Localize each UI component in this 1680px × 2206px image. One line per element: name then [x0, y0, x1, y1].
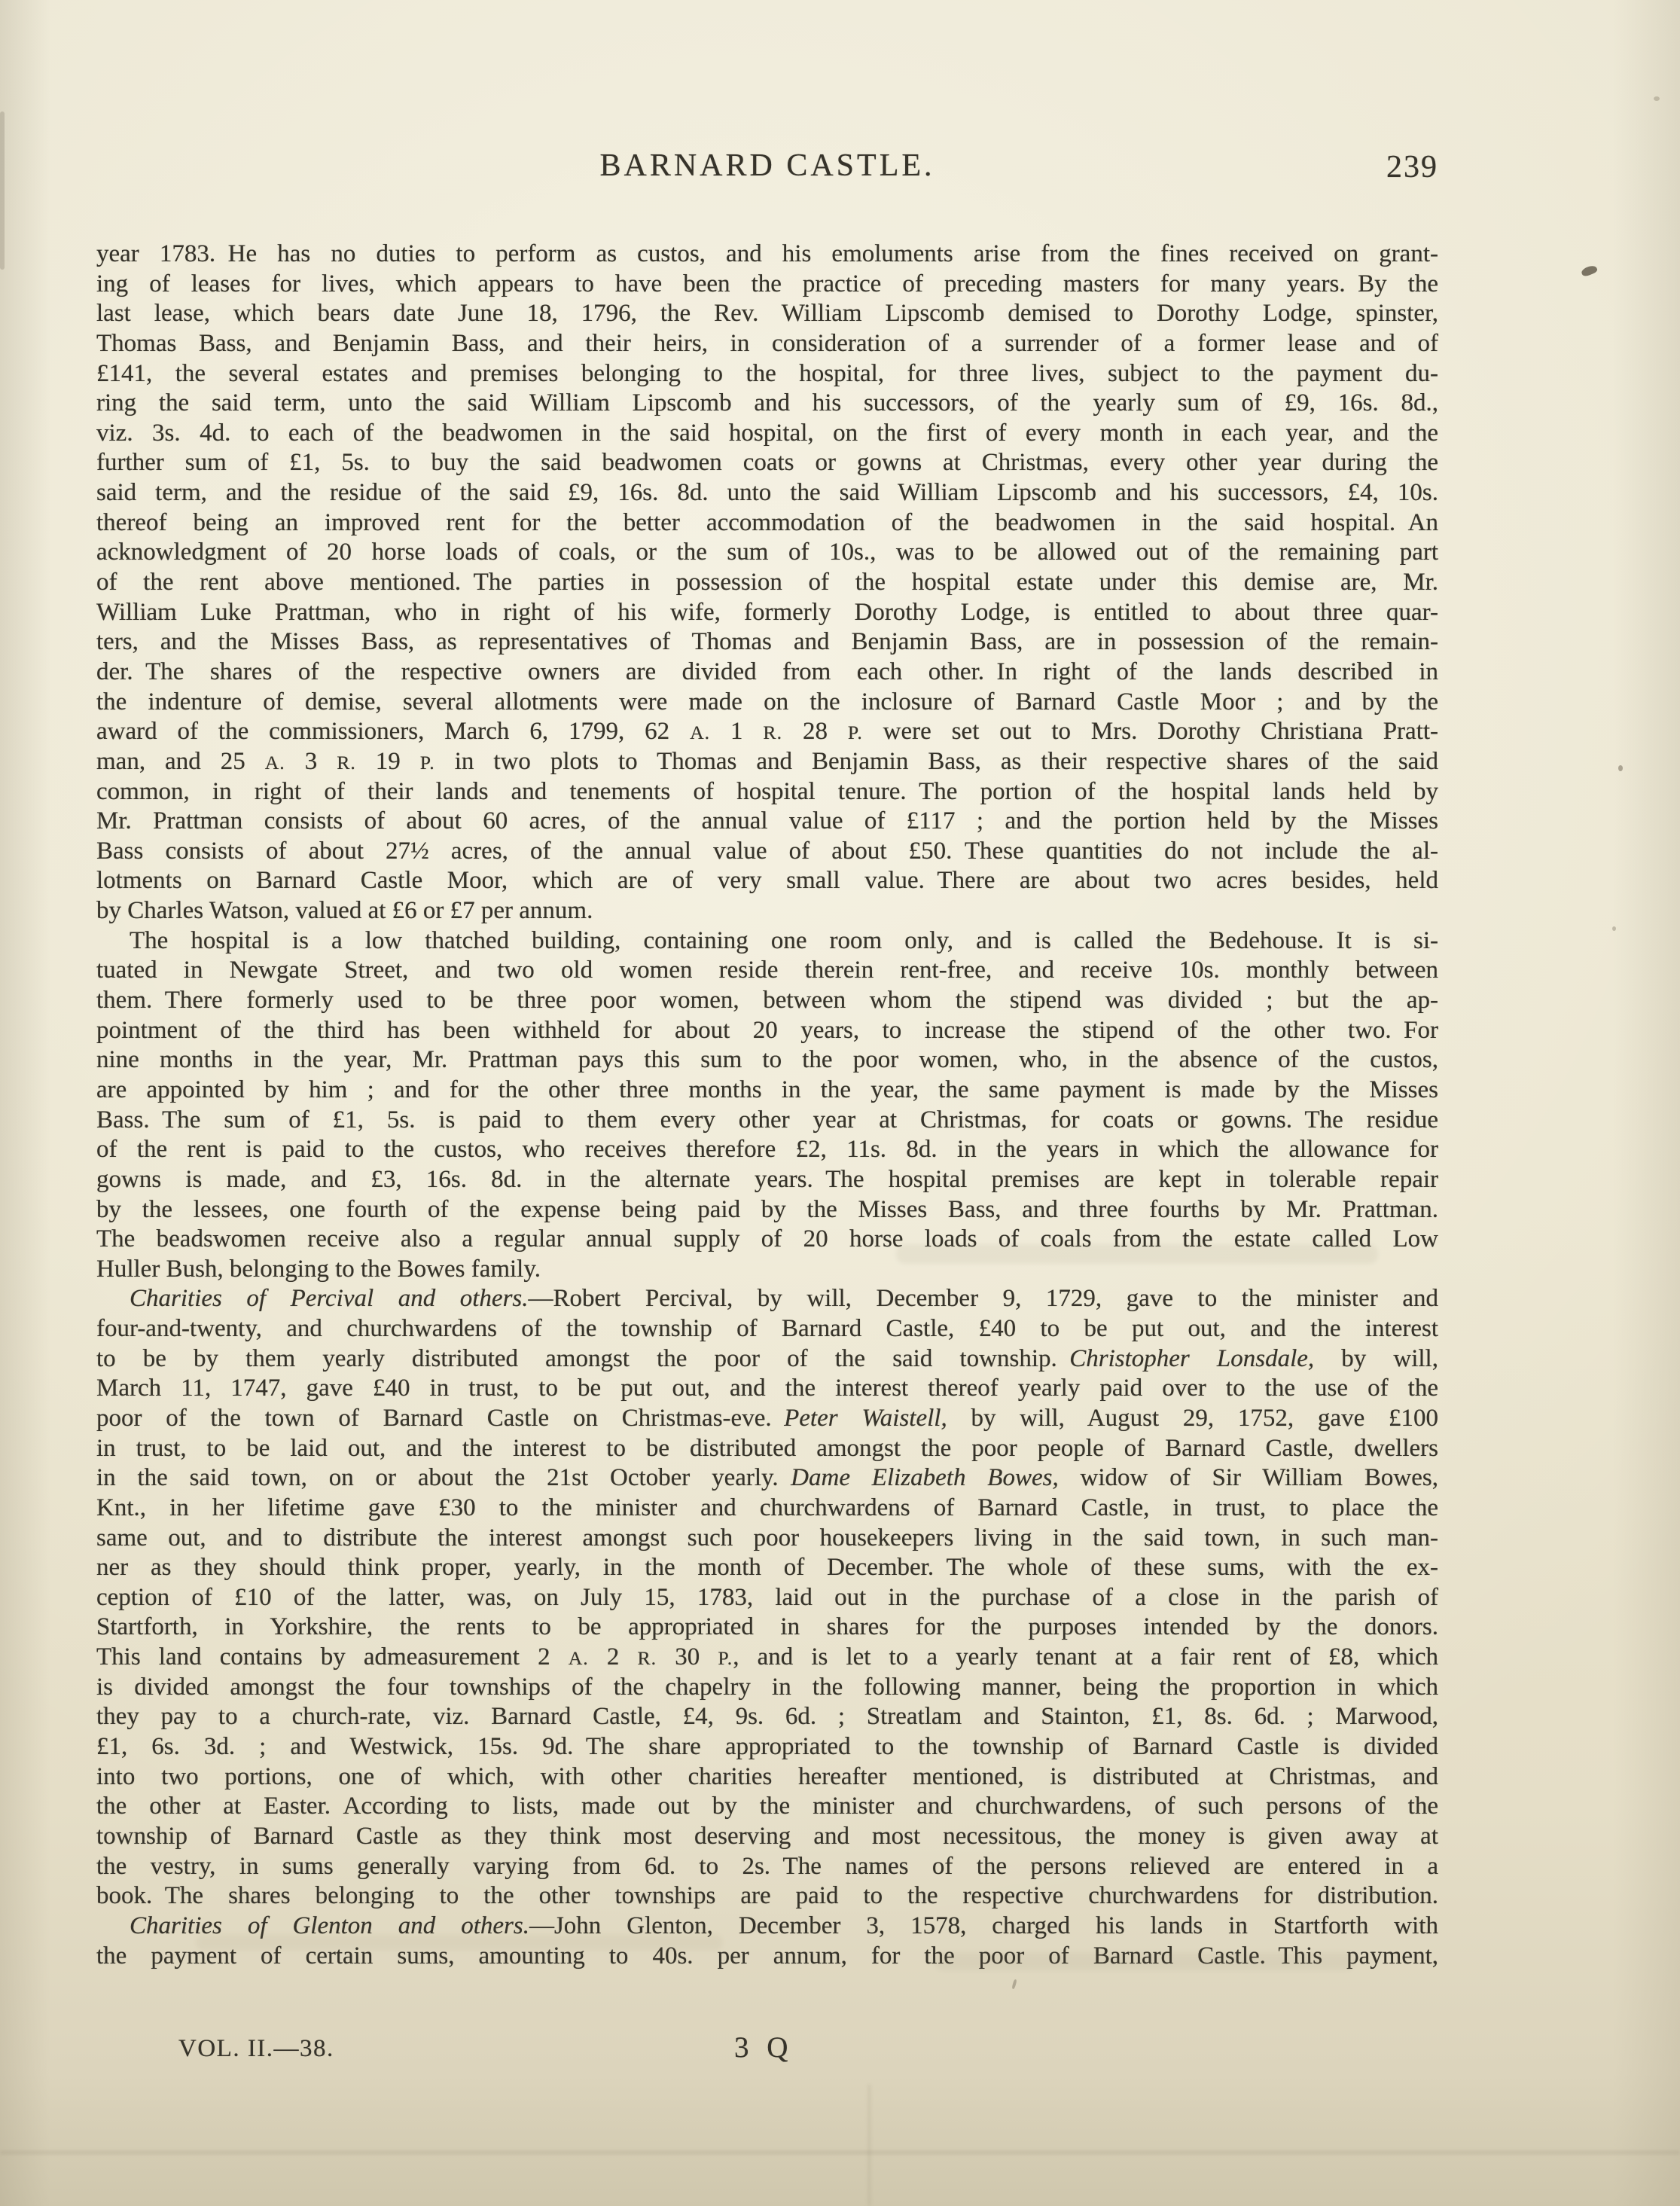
body-text: is divided amongst the four townships of… [96, 1674, 1438, 1701]
body-text: four-and-twenty, and churchwardens of th… [96, 1315, 1438, 1342]
text-line: thereof being an improved rent for the b… [96, 508, 1438, 539]
body-text: —John Glenton, December 3, 1578, charged… [529, 1912, 1438, 1939]
text-block: year 1783. He has no duties to perform a… [96, 240, 1438, 1971]
body-text: in two plots to Thomas and Benjamin Bass… [435, 748, 1438, 775]
body-text: Startforth, in Yorkshire, the rents to b… [96, 1613, 1438, 1640]
body-text: to be by them yearly distributed amongst… [96, 1345, 1069, 1372]
text-line: William Luke Prattman, who in right of h… [96, 598, 1438, 628]
italic-text: Charities of Glenton and others. [130, 1912, 529, 1939]
text-line: them. There formerly used to be three po… [96, 986, 1438, 1016]
text-line: award of the commissioners, March 6, 179… [96, 717, 1438, 747]
text-line: the indenture of demise, several allotme… [96, 688, 1438, 718]
body-text: viz. 3s. 4d. to each of the beadwomen in… [96, 420, 1438, 447]
body-text: 28 [782, 718, 848, 745]
text-line: tuated in Newgate Street, and two old wo… [96, 956, 1438, 986]
body-text: thereof being an improved rent for the b… [96, 509, 1438, 536]
body-text: Huller Bush, belonging to the Bowes fami… [96, 1256, 541, 1283]
text-line: March 11, 1747, gave £40 in trust, to be… [96, 1374, 1438, 1404]
scan-speck [1618, 765, 1623, 771]
body-text: ing of leases for lives, which appears t… [96, 270, 1438, 297]
text-line: into two portions, one of which, with ot… [96, 1762, 1438, 1793]
text-line: Startforth, in Yorkshire, the rents to b… [96, 1613, 1438, 1643]
body-text: in the said town, on or about the 21st O… [96, 1464, 791, 1491]
smallcaps-text: A. [265, 752, 285, 773]
body-text: Mr. Prattman consists of about 60 acres,… [96, 807, 1438, 834]
text-line: Bass consists of about 27½ acres, of the… [96, 837, 1438, 867]
body-text: they pay to a church-rate, viz. Barnard … [96, 1703, 1438, 1730]
body-text: £1, 6s. 3d. ; and Westwick, 15s. 9d. The… [96, 1733, 1438, 1760]
body-text: ner as they should think proper, yearly,… [96, 1554, 1438, 1581]
text-line: The beadswomen receive also a regular an… [96, 1225, 1438, 1255]
scan-speck [1612, 926, 1616, 931]
italic-text: Charities of Percival and others. [130, 1285, 529, 1312]
body-text: William Luke Prattman, who in right of h… [96, 599, 1438, 626]
text-line: Charities of Glenton and others.—John Gl… [96, 1912, 1438, 1942]
body-text: book. The shares belonging to the other … [96, 1882, 1438, 1909]
smallcaps-text: A. [690, 722, 710, 743]
body-text: man, and 25 [96, 748, 265, 775]
text-line: the vestry, in sums generally varying fr… [96, 1852, 1438, 1882]
body-text: nine months in the year, Mr. Prattman pa… [96, 1046, 1438, 1073]
smallcaps-text: R. [637, 1647, 657, 1669]
text-line: £1, 6s. 3d. ; and Westwick, 15s. 9d. The… [96, 1732, 1438, 1762]
body-text: This land contains by admeasurement 2 [96, 1643, 569, 1671]
text-line: Bass. The sum of £1, 5s. is paid to them… [96, 1106, 1438, 1136]
body-text: £141, the several estates and premises b… [96, 360, 1438, 387]
text-line: by the lessees, one fourth of the expens… [96, 1195, 1438, 1225]
italic-text: Christopher Lonsdale, [1069, 1345, 1314, 1372]
text-line: viz. 3s. 4d. to each of the beadwomen in… [96, 419, 1438, 449]
body-text: the other at Easter. According to lists,… [96, 1793, 1438, 1820]
text-line: by Charles Watson, valued at £6 or £7 pe… [96, 896, 1438, 926]
text-line: in trust, to be laid out, and the intere… [96, 1434, 1438, 1464]
body-text: gowns is made, and £3, 16s. 8d. in the a… [96, 1166, 1438, 1193]
text-line: pointment of the third has been withheld… [96, 1016, 1438, 1046]
body-text: by will, August 29, 1752, gave £100 [947, 1405, 1438, 1432]
body-text: 30 [657, 1643, 718, 1671]
body-text: the vestry, in sums generally varying fr… [96, 1853, 1438, 1880]
footer-signature-mark: 3 Q [734, 2031, 793, 2064]
text-line: of the rent is paid to the custos, who r… [96, 1135, 1438, 1165]
text-line: gowns is made, and £3, 16s. 8d. in the a… [96, 1165, 1438, 1195]
body-text: March 11, 1747, gave £40 in trust, to be… [96, 1375, 1438, 1402]
text-line: ner as they should think proper, yearly,… [96, 1553, 1438, 1583]
body-text: , and is let to a yearly tenant at a fai… [733, 1643, 1438, 1671]
body-text: in trust, to be laid out, and the intere… [96, 1435, 1438, 1462]
text-line: the payment of certain sums, amounting t… [96, 1942, 1438, 1972]
scan-crease-horizontal [0, 2151, 1680, 2154]
text-line: ters, and the Misses Bass, as representa… [96, 627, 1438, 658]
scan-speck [1654, 96, 1660, 101]
body-text: acknowledgment of 20 horse loads of coal… [96, 539, 1438, 566]
smallcaps-text: R. [763, 722, 782, 743]
italic-text: Peter Waistell, [784, 1405, 947, 1432]
body-text: ters, and the Misses Bass, as representa… [96, 628, 1438, 655]
text-line: are appointed by him ; and for the other… [96, 1076, 1438, 1106]
body-text: poor of the town of Barnard Castle on Ch… [96, 1405, 784, 1432]
smallcaps-text: R. [337, 752, 356, 773]
body-text: 1 [710, 718, 763, 745]
text-line: four-and-twenty, and churchwardens of th… [96, 1314, 1438, 1344]
running-title: BARNARD CASTLE. [96, 148, 1438, 184]
smallcaps-text: A. [569, 1647, 589, 1669]
body-text: lotments on Barnard Castle Moor, which a… [96, 867, 1438, 894]
italic-text: Dame Elizabeth Bowes, [791, 1464, 1059, 1491]
body-text: by will, [1314, 1345, 1438, 1372]
text-line: they pay to a church-rate, viz. Barnard … [96, 1702, 1438, 1732]
smallcaps-text: P. [718, 1647, 733, 1669]
body-text: widow of Sir William Bowes, [1059, 1464, 1438, 1491]
body-text: were set out to Mrs. Dorothy Christiana … [863, 718, 1438, 745]
body-text: last lease, which bears date June 18, 17… [96, 300, 1438, 327]
book-page: BARNARD CASTLE. 239 year 1783. He has no… [0, 0, 1680, 2206]
body-text: Bass. The sum of £1, 5s. is paid to them… [96, 1106, 1438, 1134]
body-text: tuated in Newgate Street, and two old wo… [96, 957, 1438, 984]
body-text: ring the said term, unto the said Willia… [96, 389, 1438, 416]
text-line: Mr. Prattman consists of about 60 acres,… [96, 807, 1438, 837]
text-line: The hospital is a low thatched building,… [96, 926, 1438, 957]
body-text: are appointed by him ; and for the other… [96, 1076, 1438, 1103]
text-line: Thomas Bass, and Benjamin Bass, and thei… [96, 329, 1438, 359]
text-line: to be by them yearly distributed amongst… [96, 1344, 1438, 1375]
text-line: der. The shares of the respective owners… [96, 658, 1438, 688]
smallcaps-text: P. [848, 722, 863, 743]
scan-crease-vertical [868, 2085, 870, 2206]
text-line: poor of the town of Barnard Castle on Ch… [96, 1404, 1438, 1434]
body-text: by Charles Watson, valued at £6 or £7 pe… [96, 897, 593, 924]
body-text: Knt., in her lifetime gave £30 to the mi… [96, 1494, 1438, 1521]
body-text: the indenture of demise, several allotme… [96, 688, 1438, 716]
scan-edge-shadow [0, 111, 5, 270]
scan-ink-mark [1581, 264, 1599, 277]
text-line: last lease, which bears date June 18, 17… [96, 299, 1438, 329]
text-line: in the said town, on or about the 21st O… [96, 1463, 1438, 1494]
page-number: 239 [1386, 149, 1438, 185]
body-text: year 1783. He has no duties to perform a… [96, 240, 1438, 267]
page-header: BARNARD CASTLE. 239 [96, 148, 1438, 193]
body-text: township of Barnard Castle as they think… [96, 1823, 1438, 1850]
text-line: year 1783. He has no duties to perform a… [96, 240, 1438, 270]
text-line: acknowledgment of 20 horse loads of coal… [96, 538, 1438, 568]
body-text: common, in right of their lands and tene… [96, 778, 1438, 805]
body-text: of the rent above mentioned. The parties… [96, 569, 1438, 596]
body-text: further sum of £1, 5s. to buy the said b… [96, 449, 1438, 476]
body-text: 19 [356, 748, 420, 775]
text-line: lotments on Barnard Castle Moor, which a… [96, 866, 1438, 896]
text-line: ring the said term, unto the said Willia… [96, 389, 1438, 419]
text-line: book. The shares belonging to the other … [96, 1881, 1438, 1912]
body-text: der. The shares of the respective owners… [96, 658, 1438, 685]
body-text: the payment of certain sums, amounting t… [96, 1942, 1438, 1970]
body-text: into two portions, one of which, with ot… [96, 1763, 1438, 1790]
text-line: Huller Bush, belonging to the Bowes fami… [96, 1255, 1438, 1285]
text-line: the other at Easter. According to lists,… [96, 1792, 1438, 1822]
body-text: —Robert Percival, by will, December 9, 1… [529, 1285, 1438, 1312]
text-line: ception of £10 of the latter, was, on Ju… [96, 1583, 1438, 1613]
text-line: same out, and to distribute the interest… [96, 1524, 1438, 1554]
body-text: 2 [589, 1643, 638, 1671]
body-text: Bass consists of about 27½ acres, of the… [96, 838, 1438, 865]
body-text: same out, and to distribute the interest… [96, 1524, 1438, 1552]
body-text: by the lessees, one fourth of the expens… [96, 1196, 1438, 1223]
scan-speck [1011, 1979, 1017, 1990]
body-text: The beadswomen receive also a regular an… [96, 1225, 1438, 1253]
body-text: The hospital is a low thatched building,… [130, 927, 1438, 954]
body-text: them. There formerly used to be three po… [96, 987, 1438, 1014]
body-text: award of the commissioners, March 6, 179… [96, 718, 690, 745]
text-line: said term, and the residue of the said £… [96, 478, 1438, 508]
text-line: man, and 25 A. 3 R. 19 P. in two plots t… [96, 747, 1438, 777]
body-text: 3 [285, 748, 337, 775]
text-line: Knt., in her lifetime gave £30 to the mi… [96, 1494, 1438, 1524]
text-line: £141, the several estates and premises b… [96, 359, 1438, 389]
text-line: Charities of Percival and others.—Robert… [96, 1284, 1438, 1314]
text-line: common, in right of their lands and tene… [96, 777, 1438, 807]
smallcaps-text: P. [420, 752, 435, 773]
text-line: further sum of £1, 5s. to buy the said b… [96, 448, 1438, 478]
text-line: of the rent above mentioned. The parties… [96, 568, 1438, 598]
text-line: is divided amongst the four townships of… [96, 1673, 1438, 1703]
text-line: township of Barnard Castle as they think… [96, 1822, 1438, 1852]
body-text: of the rent is paid to the custos, who r… [96, 1136, 1438, 1163]
body-text: Thomas Bass, and Benjamin Bass, and thei… [96, 330, 1438, 357]
text-line: This land contains by admeasurement 2 A.… [96, 1643, 1438, 1673]
text-line: nine months in the year, Mr. Prattman pa… [96, 1045, 1438, 1076]
body-text: said term, and the residue of the said £… [96, 479, 1438, 506]
text-line: ing of leases for lives, which appears t… [96, 270, 1438, 300]
body-text: pointment of the third has been withheld… [96, 1017, 1438, 1044]
body-text: ception of £10 of the latter, was, on Ju… [96, 1584, 1438, 1611]
footer-volume-label: VOL. II.—38. [178, 2035, 334, 2063]
